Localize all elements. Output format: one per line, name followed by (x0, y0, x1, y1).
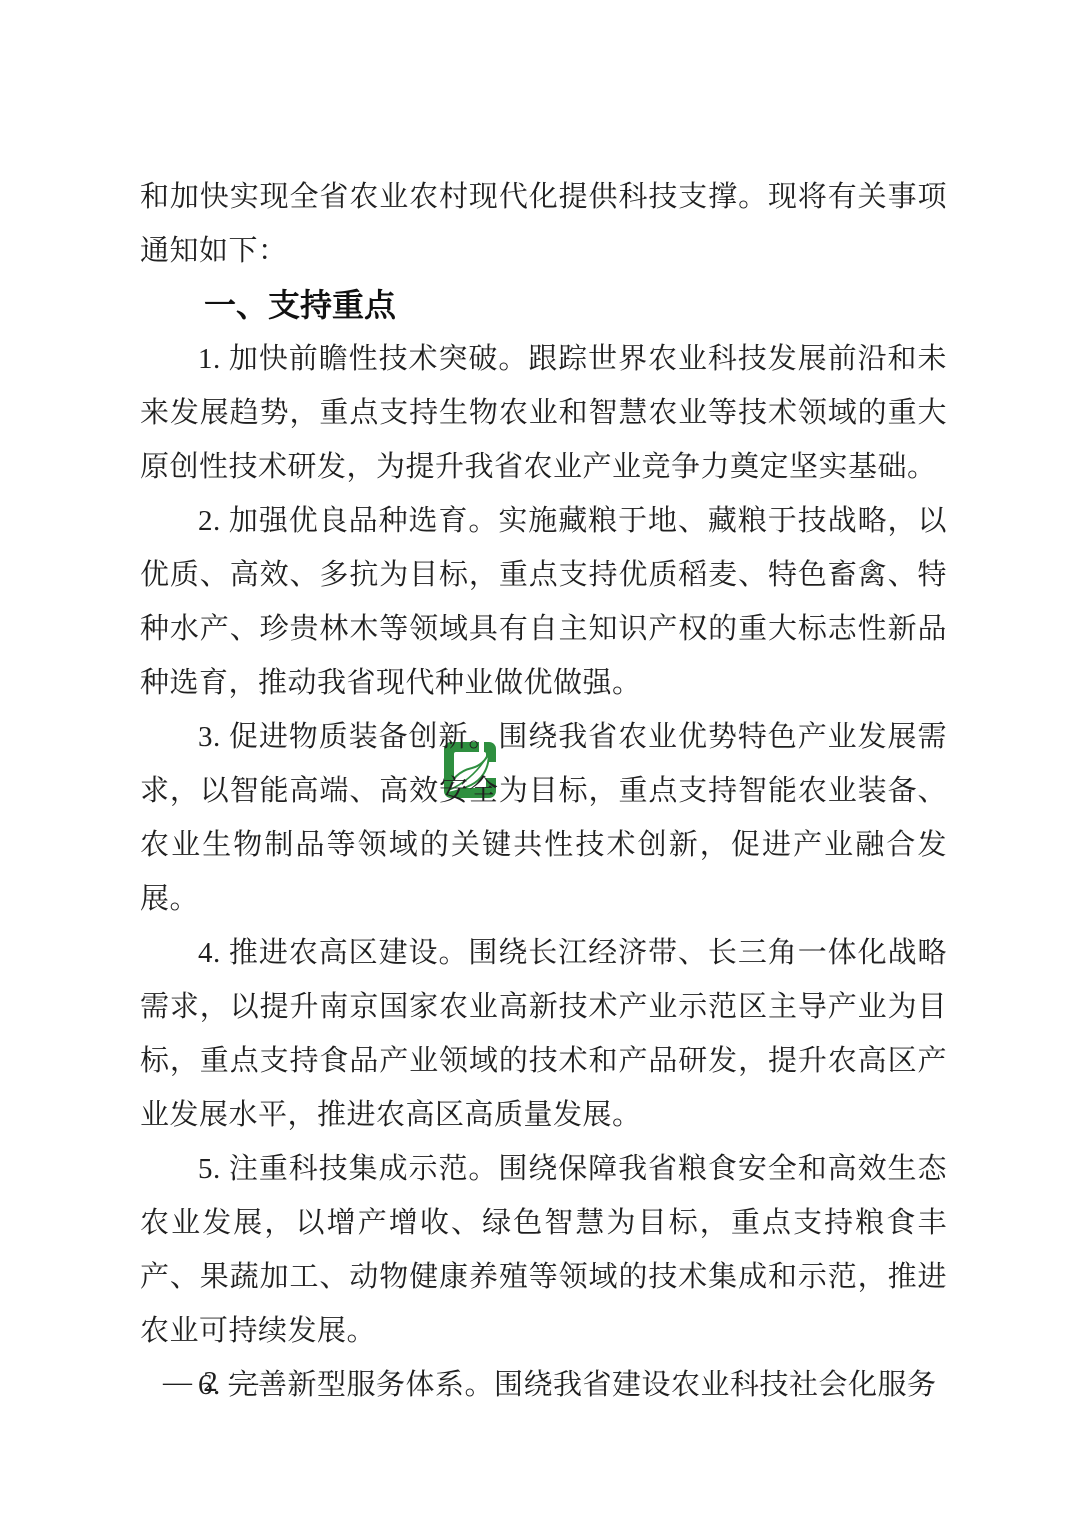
paragraph-6: 6. 完善新型服务体系。围绕我省建设农业科技社会化服务 (140, 1358, 947, 1412)
paragraph-1: 1. 加快前瞻性技术突破。跟踪世界农业科技发展前沿和未来发展趋势，重点支持生物农… (140, 332, 947, 494)
paragraph-4: 4. 推进农高区建设。围绕长江经济带、长三角一体化战略需求，以提升南京国家农业高… (140, 926, 947, 1142)
paragraph-2: 2. 加强优良品种选育。实施藏粮于地、藏粮于技战略，以优质、高效、多抗为目标，重… (140, 494, 947, 710)
document-page: 和加快实现全省农业农村现代化提供科技支撑。现将有关事项通知如下： 一、支持重点 … (0, 0, 1080, 1528)
section-heading: 一、支持重点 (140, 278, 947, 332)
document-body: 和加快实现全省农业农村现代化提供科技支撑。现将有关事项通知如下： 一、支持重点 … (140, 170, 947, 1412)
paragraph-5: 5. 注重科技集成示范。围绕保障我省粮食安全和高效生态农业发展，以增产增收、绿色… (140, 1142, 947, 1358)
paragraph-3: 3. 促进物质装备创新。围绕我省农业优势特色产业发展需求，以智能高端、高效安全为… (140, 710, 947, 926)
page-number: — 2 — (163, 1360, 260, 1404)
intro-continuation-text: 和加快实现全省农业农村现代化提供科技支撑。现将有关事项通知如下： (140, 170, 947, 278)
